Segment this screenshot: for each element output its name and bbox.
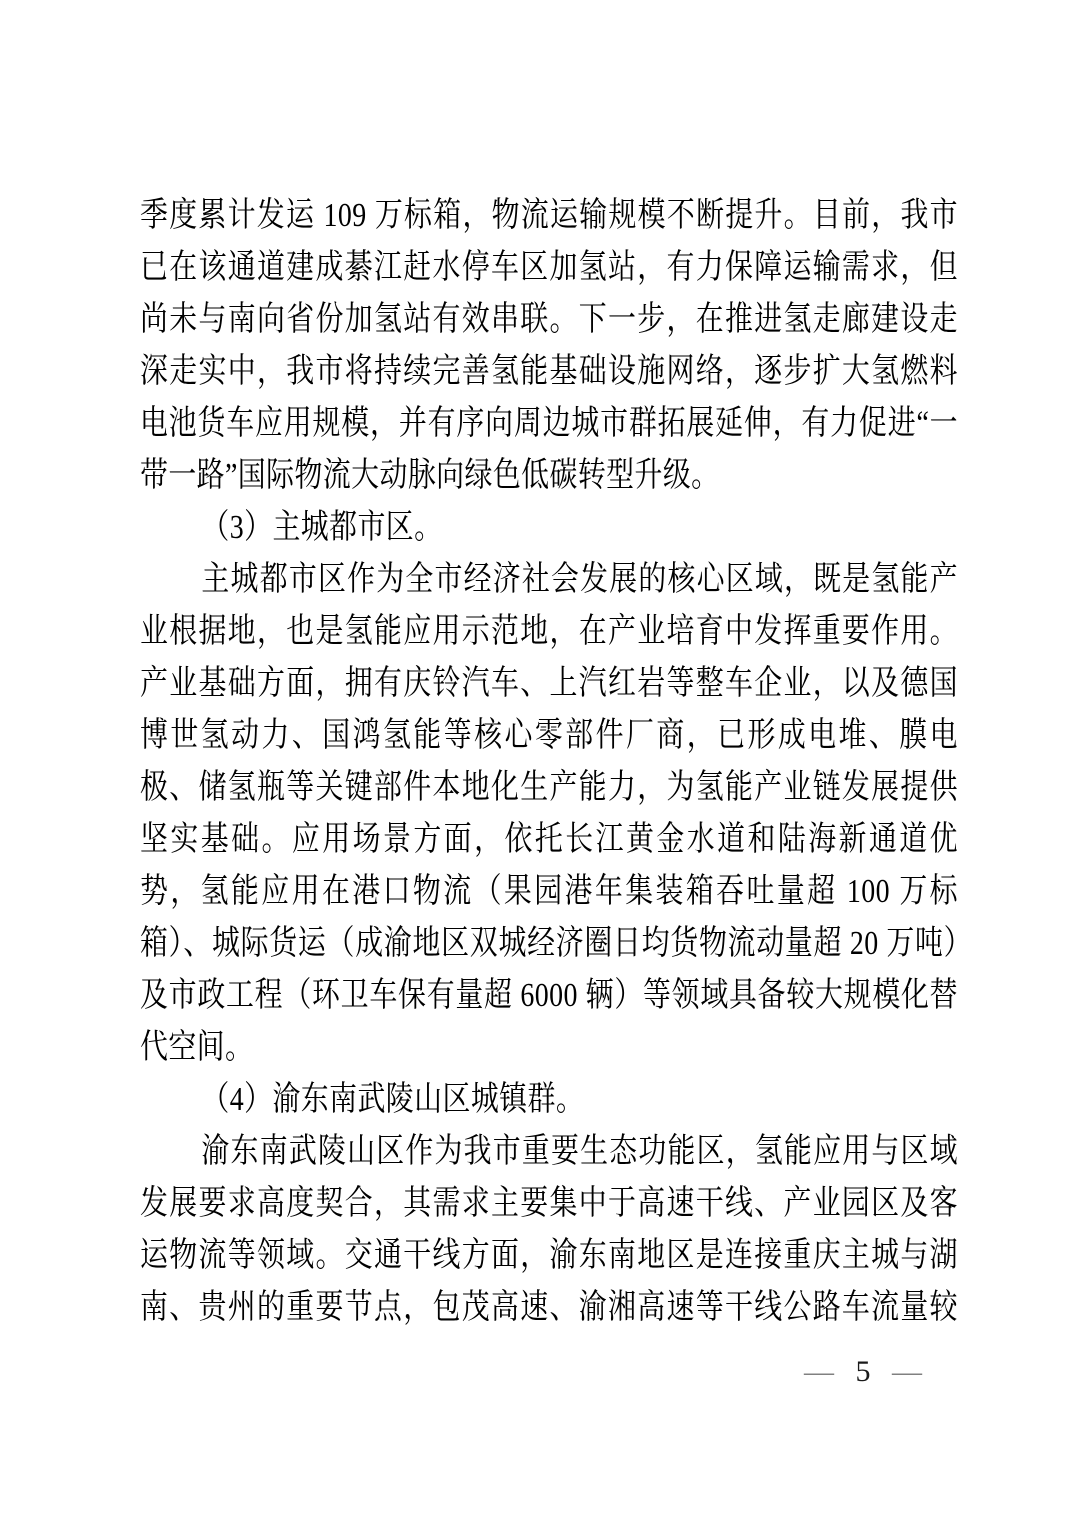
document-body: 季度累计发运 109 万标箱，物流运输规模不断提升。目前，我市已在该通道建成綦江… — [140, 190, 958, 1334]
footer-dash-right: — — [892, 1355, 922, 1388]
paragraph: 主城都市区作为全市经济社会发展的核心区域，既是氢能产业根据地，也是氢能应用示范地… — [140, 554, 958, 1074]
footer-dash-left: — — [804, 1355, 834, 1388]
page-footer: — 5 — — [804, 1352, 922, 1392]
document-page: 季度累计发运 109 万标箱，物流运输规模不断提升。目前，我市已在该通道建成綦江… — [0, 0, 1080, 1527]
section-heading: （3）主城都市区。 — [140, 502, 958, 554]
page-number: 5 — [856, 1355, 871, 1388]
paragraph: 渝东南武陵山区作为我市重要生态功能区，氢能应用与区域发展要求高度契合，其需求主要… — [140, 1126, 958, 1334]
section-heading: （4）渝东南武陵山区城镇群。 — [140, 1074, 958, 1126]
paragraph: 季度累计发运 109 万标箱，物流运输规模不断提升。目前，我市已在该通道建成綦江… — [140, 190, 958, 502]
